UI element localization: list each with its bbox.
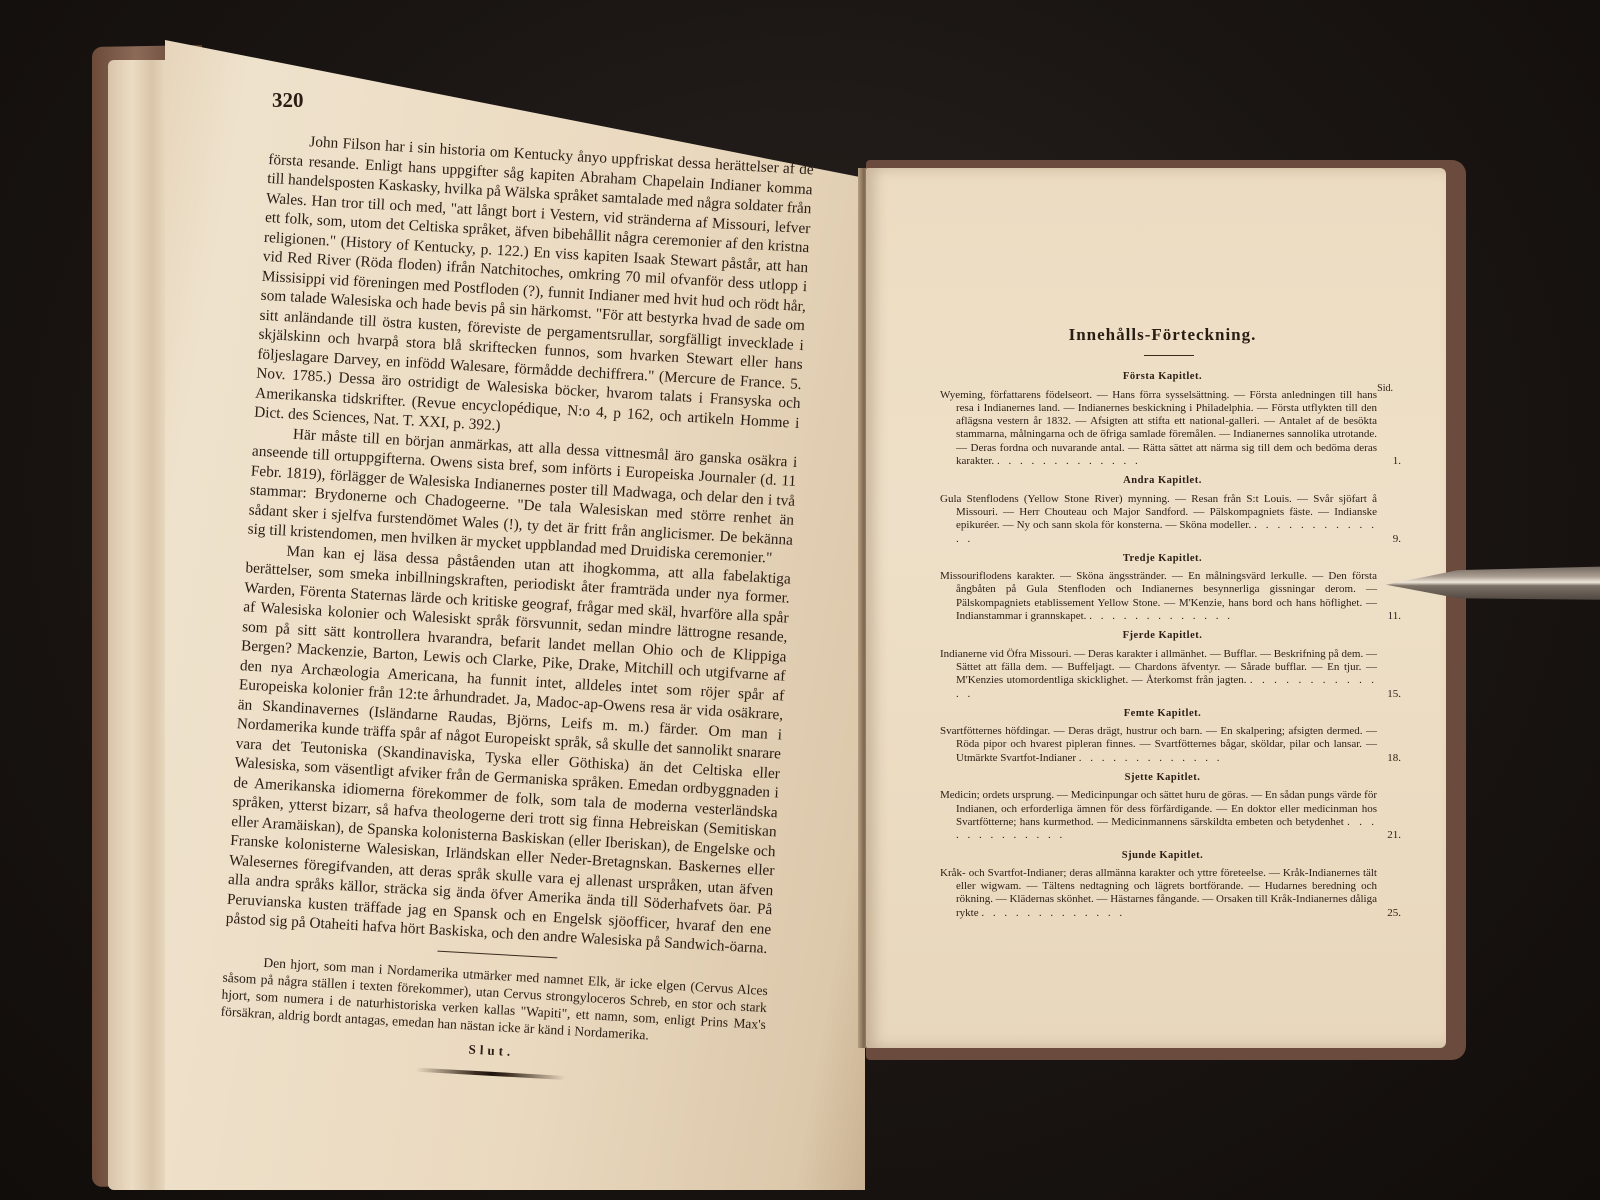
chapter-entry: Missouriflodens karakter. — Sköna ängsst… [940, 570, 1385, 623]
chapter-heading: Andra Kapitlet. [940, 474, 1385, 487]
chapter-entry: Indianerne vid Öfra Missouri. — Deras ka… [940, 648, 1385, 701]
section-rule [437, 950, 557, 958]
leader-dots: . . . . . . . . . . . . . [1079, 752, 1223, 764]
chapter-page: 25. [1387, 907, 1401, 920]
pointer-knife [1386, 566, 1600, 600]
paragraph: Man kan ej läsa dessa påståenden utan at… [225, 539, 791, 959]
chapter-heading: Sjunde Kapitlet. [940, 849, 1385, 862]
knife-blade-icon [1386, 566, 1600, 600]
chapter-entry: Gula Stenflodens (Yellow Stone River) my… [940, 493, 1385, 546]
chapter-entry: Kråk- och Svartfot-Indianer; deras allmä… [940, 867, 1385, 920]
toc-title: Innehålls-Förteckning. [940, 328, 1385, 341]
chapter-entry: Svartfötternes höfdingar. — Deras drägt,… [940, 725, 1385, 765]
chapter-heading: Femte Kapitlet. [940, 707, 1385, 720]
chapter-page: 1. [1393, 455, 1401, 468]
table-of-contents: Innehålls-Förteckning. Sid. Första Kapit… [940, 328, 1385, 920]
page-number: 320 [272, 88, 304, 113]
chapter-page: 11. [1388, 610, 1401, 623]
chapter-page: 15. [1387, 688, 1401, 701]
leader-dots: . . . . . . . . . . . . . [997, 455, 1141, 467]
chapter-page: 21. [1387, 829, 1401, 842]
title-rule [1144, 355, 1194, 356]
chapter-page: 18. [1387, 752, 1401, 765]
paragraph: John Filson har i sin historia om Kentuc… [254, 130, 814, 452]
chapter-entry: Medicin; ordets ursprung. — Medicinpunga… [940, 789, 1385, 842]
chapter-heading: Sjette Kapitlet. [940, 771, 1385, 784]
chapter-heading: Första Kapitlet. [940, 370, 1385, 383]
leader-dots: . . . . . . . . . . . . . [1089, 610, 1233, 622]
chapter-summary: Medicin; ordets ursprung. — Medicinpunga… [940, 789, 1377, 828]
chapter-heading: Fjerde Kapitlet. [940, 629, 1385, 642]
leader-dots: . . . . . . . . . . . . . [981, 907, 1125, 919]
chapter-page: 9. [1393, 533, 1401, 546]
chapter-heading: Tredje Kapitlet. [940, 552, 1385, 565]
left-page-body: John Filson har i sin historia om Kentuc… [218, 130, 814, 1091]
chapter-entry: Wyeming, författarens födelseort. — Hans… [940, 389, 1385, 469]
